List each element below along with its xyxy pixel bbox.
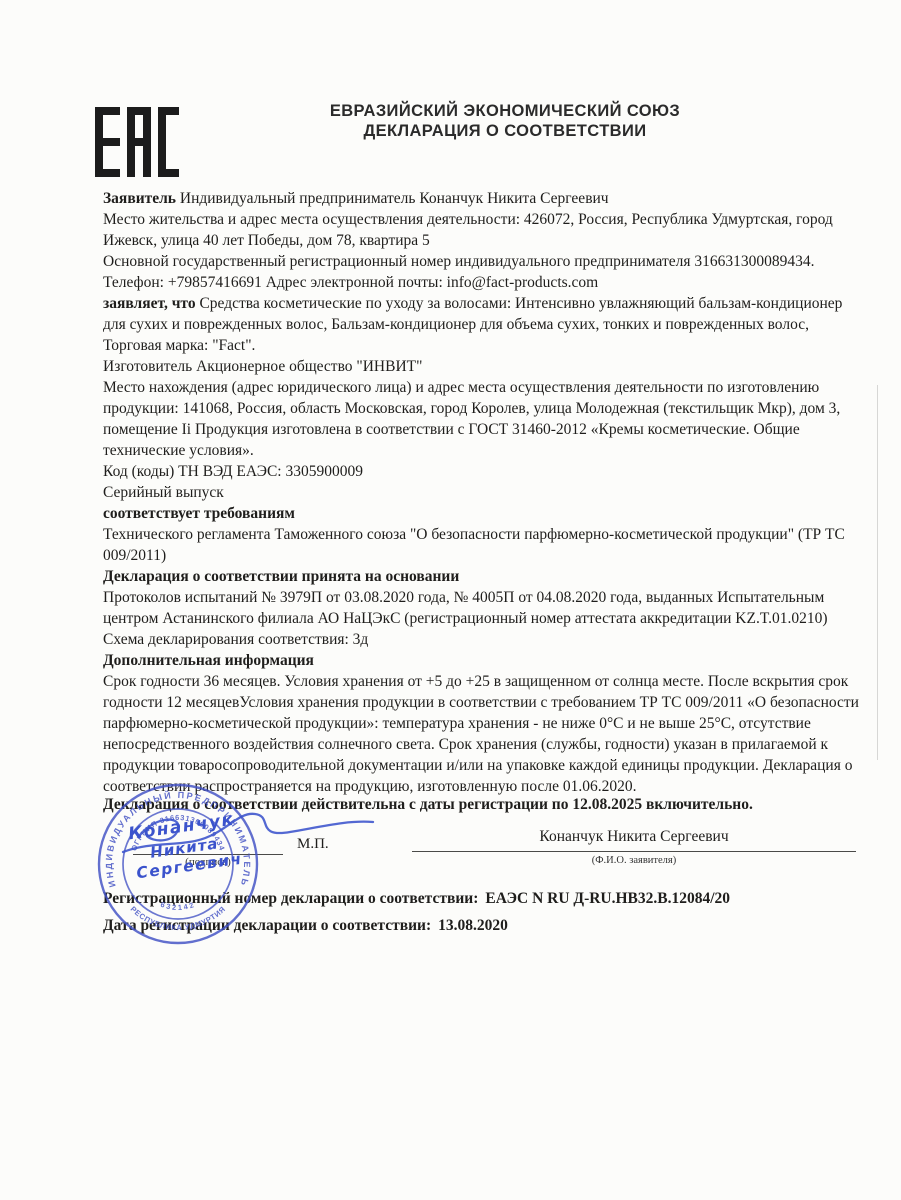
paragraph: Схема декларирования соответствия: 3д — [103, 629, 869, 650]
fio-value: Конанчук Никита Сергеевич — [412, 828, 856, 846]
header-doc-title: ДЕКЛАРАЦИЯ О СООТВЕТСТВИИ — [250, 122, 760, 142]
text-run: Код (коды) ТН ВЭД ЕАЭС: 3305900009 — [103, 463, 363, 480]
document-body: Заявитель Индивидуальный предприниматель… — [103, 188, 869, 797]
document-header: ЕВРАЗИЙСКИЙ ЭКОНОМИЧЕСКИЙ СОЮЗ ДЕКЛАРАЦИ… — [250, 102, 760, 141]
eac-logo-icon — [95, 106, 179, 178]
reg-date-value: 13.08.2020 — [438, 917, 508, 934]
text-run: Индивидуальный предприниматель Конанчук … — [180, 190, 609, 207]
scan-edge-artifact — [877, 385, 878, 760]
validity-line: Декларация о соответствии действительна … — [103, 796, 883, 814]
header-org-name: ЕВРАЗИЙСКИЙ ЭКОНОМИЧЕСКИЙ СОЮЗ — [250, 102, 760, 122]
paragraph: Декларация о соответствии принята на осн… — [103, 566, 869, 587]
reg-number-label: Регистрационный номер декларации о соотв… — [103, 890, 478, 907]
paragraph: заявляет, что Средства косметические по … — [103, 293, 869, 356]
signature-line — [133, 854, 283, 855]
text-run: Декларация о соответствии принята на осн… — [103, 568, 459, 585]
text-run: Технического регламента Таможенного союз… — [103, 526, 845, 564]
stamp-ring-text-middle-top: ОГРНИП 316631300089434 — [129, 813, 227, 852]
reg-number-value: ЕАЭС N RU Д-RU.НВ32.В.12084/20 — [485, 890, 730, 907]
podpis-label: (подпись) — [133, 856, 283, 868]
fio-label: (Ф.И.О. заявителя) — [412, 855, 856, 866]
paragraph: Серийный выпуск — [103, 482, 869, 503]
paragraph: Дополнительная информация — [103, 650, 869, 671]
handwriting-line: Конанчук — [127, 810, 236, 845]
text-run: Дополнительная информация — [103, 652, 314, 669]
text-run: заявляет, что — [103, 295, 199, 312]
paragraph: Место жительства и адрес места осуществл… — [103, 209, 869, 251]
text-run: соответствует требованиям — [103, 505, 295, 522]
text-run: Место нахождения (адрес юридического лиц… — [103, 379, 840, 459]
paragraph: Заявитель Индивидуальный предприниматель… — [103, 188, 869, 209]
paragraph: соответствует требованиям — [103, 503, 869, 524]
text-run: Место жительства и адрес места осуществл… — [103, 211, 833, 249]
text-run: Заявитель — [103, 190, 180, 207]
text-run: Серийный выпуск — [103, 484, 224, 501]
paragraph: Технического регламента Таможенного союз… — [103, 524, 869, 566]
paragraph: Протоколов испытаний № 3979П от 03.08.20… — [103, 587, 869, 629]
text-run: Телефон: +79857416691 Адрес электронной … — [103, 274, 598, 291]
text-run: Средства косметические по уходу за волос… — [103, 295, 842, 354]
fio-line — [412, 851, 856, 852]
paragraph: Изготовитель Акционерное общество "ИНВИТ… — [103, 356, 869, 377]
text-run: Изготовитель Акционерное общество "ИНВИТ… — [103, 358, 422, 375]
paragraph: Место нахождения (адрес юридического лиц… — [103, 377, 869, 461]
paragraph: Код (коды) ТН ВЭД ЕАЭС: 3305900009 — [103, 461, 869, 482]
paragraph: Срок годности 36 месяцев. Условия хранен… — [103, 671, 869, 797]
document-page: ЕВРАЗИЙСКИЙ ЭКОНОМИЧЕСКИЙ СОЮЗ ДЕКЛАРАЦИ… — [0, 0, 901, 1200]
text-run: Схема декларирования соответствия: 3д — [103, 631, 368, 648]
text-run: Протоколов испытаний № 3979П от 03.08.20… — [103, 589, 828, 627]
paragraph: Телефон: +79857416691 Адрес электронной … — [103, 272, 869, 293]
text-run: Основной государственный регистрационный… — [103, 253, 815, 270]
paragraph: Основной государственный регистрационный… — [103, 251, 869, 272]
reg-number-line: Регистрационный номер декларации о соотв… — [103, 890, 730, 908]
mp-label: М.П. — [297, 836, 329, 853]
reg-date-label: Дата регистрации декларации о соответств… — [103, 917, 431, 934]
text-run: Срок годности 36 месяцев. Условия хранен… — [103, 673, 859, 795]
reg-date-line: Дата регистрации декларации о соответств… — [103, 917, 508, 935]
